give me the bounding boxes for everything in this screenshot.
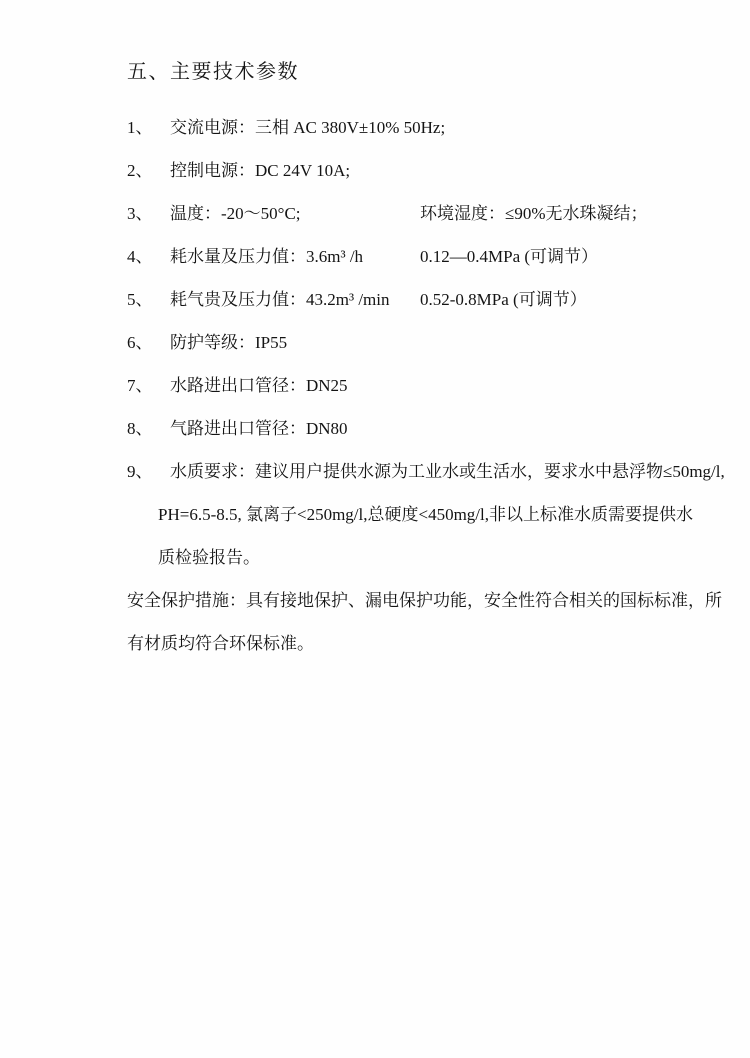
list-item-5: 5、 耗气贵及压力值：43.2m³ /min 0.52-0.8MPa (可调节） bbox=[127, 278, 707, 321]
list-item-9: 9、 水质要求：建议用户提供水源为工业水或生活水，要求水中悬浮物≤50mg/l, bbox=[127, 450, 707, 493]
item-text-column2: 环境湿度：≤90%无水珠凝结； bbox=[420, 192, 648, 235]
item-number: 6、 bbox=[127, 321, 153, 364]
item-text: 交流电源：三相 AC 380V±10% 50Hz; bbox=[170, 118, 445, 137]
item-text-column2: 0.12—0.4MPa (可调节） bbox=[420, 235, 598, 278]
item-number: 8、 bbox=[127, 407, 153, 450]
list-item-6: 6、 防护等级：IP55 bbox=[127, 321, 707, 364]
item-text: 防护等级：IP55 bbox=[170, 333, 287, 352]
safety-paragraph-line: 安全保护措施：具有接地保护、漏电保护功能，安全性符合相关的国标标准，所 bbox=[127, 579, 707, 622]
list-item-4: 4、 耗水量及压力值：3.6m³ /h 0.12—0.4MPa (可调节） bbox=[127, 235, 707, 278]
item-text: 控制电源：DC 24V 10A; bbox=[170, 161, 350, 180]
item-text: 气路进出口管径：DN80 bbox=[170, 419, 348, 438]
item-text-column2: 0.52-0.8MPa (可调节） bbox=[420, 278, 587, 321]
item-number: 9、 bbox=[127, 450, 153, 493]
item-number: 5、 bbox=[127, 278, 153, 321]
document-content: 五、主要技术参数 1、 交流电源：三相 AC 380V±10% 50Hz; 2、… bbox=[127, 57, 707, 665]
item-text: 耗水量及压力值：3.6m³ /h bbox=[170, 247, 363, 266]
item-text: 水质要求：建议用户提供水源为工业水或生活水，要求水中悬浮物≤50mg/l, bbox=[170, 462, 725, 481]
item-number: 2、 bbox=[127, 149, 153, 192]
item-number: 4、 bbox=[127, 235, 153, 278]
item-number: 1、 bbox=[127, 106, 153, 149]
list-item-9-wrap-line: PH=6.5-8.5, 氯离子<250mg/l,总硬度<450mg/l,非以上标… bbox=[127, 493, 707, 536]
list-item-8: 8、 气路进出口管径：DN80 bbox=[127, 407, 707, 450]
item-number: 7、 bbox=[127, 364, 153, 407]
document-page: 五、主要技术参数 1、 交流电源：三相 AC 380V±10% 50Hz; 2、… bbox=[0, 0, 750, 1058]
list-item-3: 3、 温度：-20～50°C; 环境湿度：≤90%无水珠凝结； bbox=[127, 192, 707, 235]
list-item-9-wrap-line: 质检验报告。 bbox=[127, 536, 707, 579]
item-text: 水路进出口管径：DN25 bbox=[170, 376, 348, 395]
section-title: 五、主要技术参数 bbox=[127, 57, 707, 87]
list-item-7: 7、 水路进出口管径：DN25 bbox=[127, 364, 707, 407]
safety-paragraph-line: 有材质均符合环保标准。 bbox=[127, 622, 707, 665]
item-text: 温度：-20～50°C; bbox=[170, 204, 301, 223]
list-item-1: 1、 交流电源：三相 AC 380V±10% 50Hz; bbox=[127, 106, 707, 149]
list-item-2: 2、 控制电源：DC 24V 10A; bbox=[127, 149, 707, 192]
item-text: 耗气贵及压力值：43.2m³ /min bbox=[170, 290, 390, 309]
item-number: 3、 bbox=[127, 192, 153, 235]
